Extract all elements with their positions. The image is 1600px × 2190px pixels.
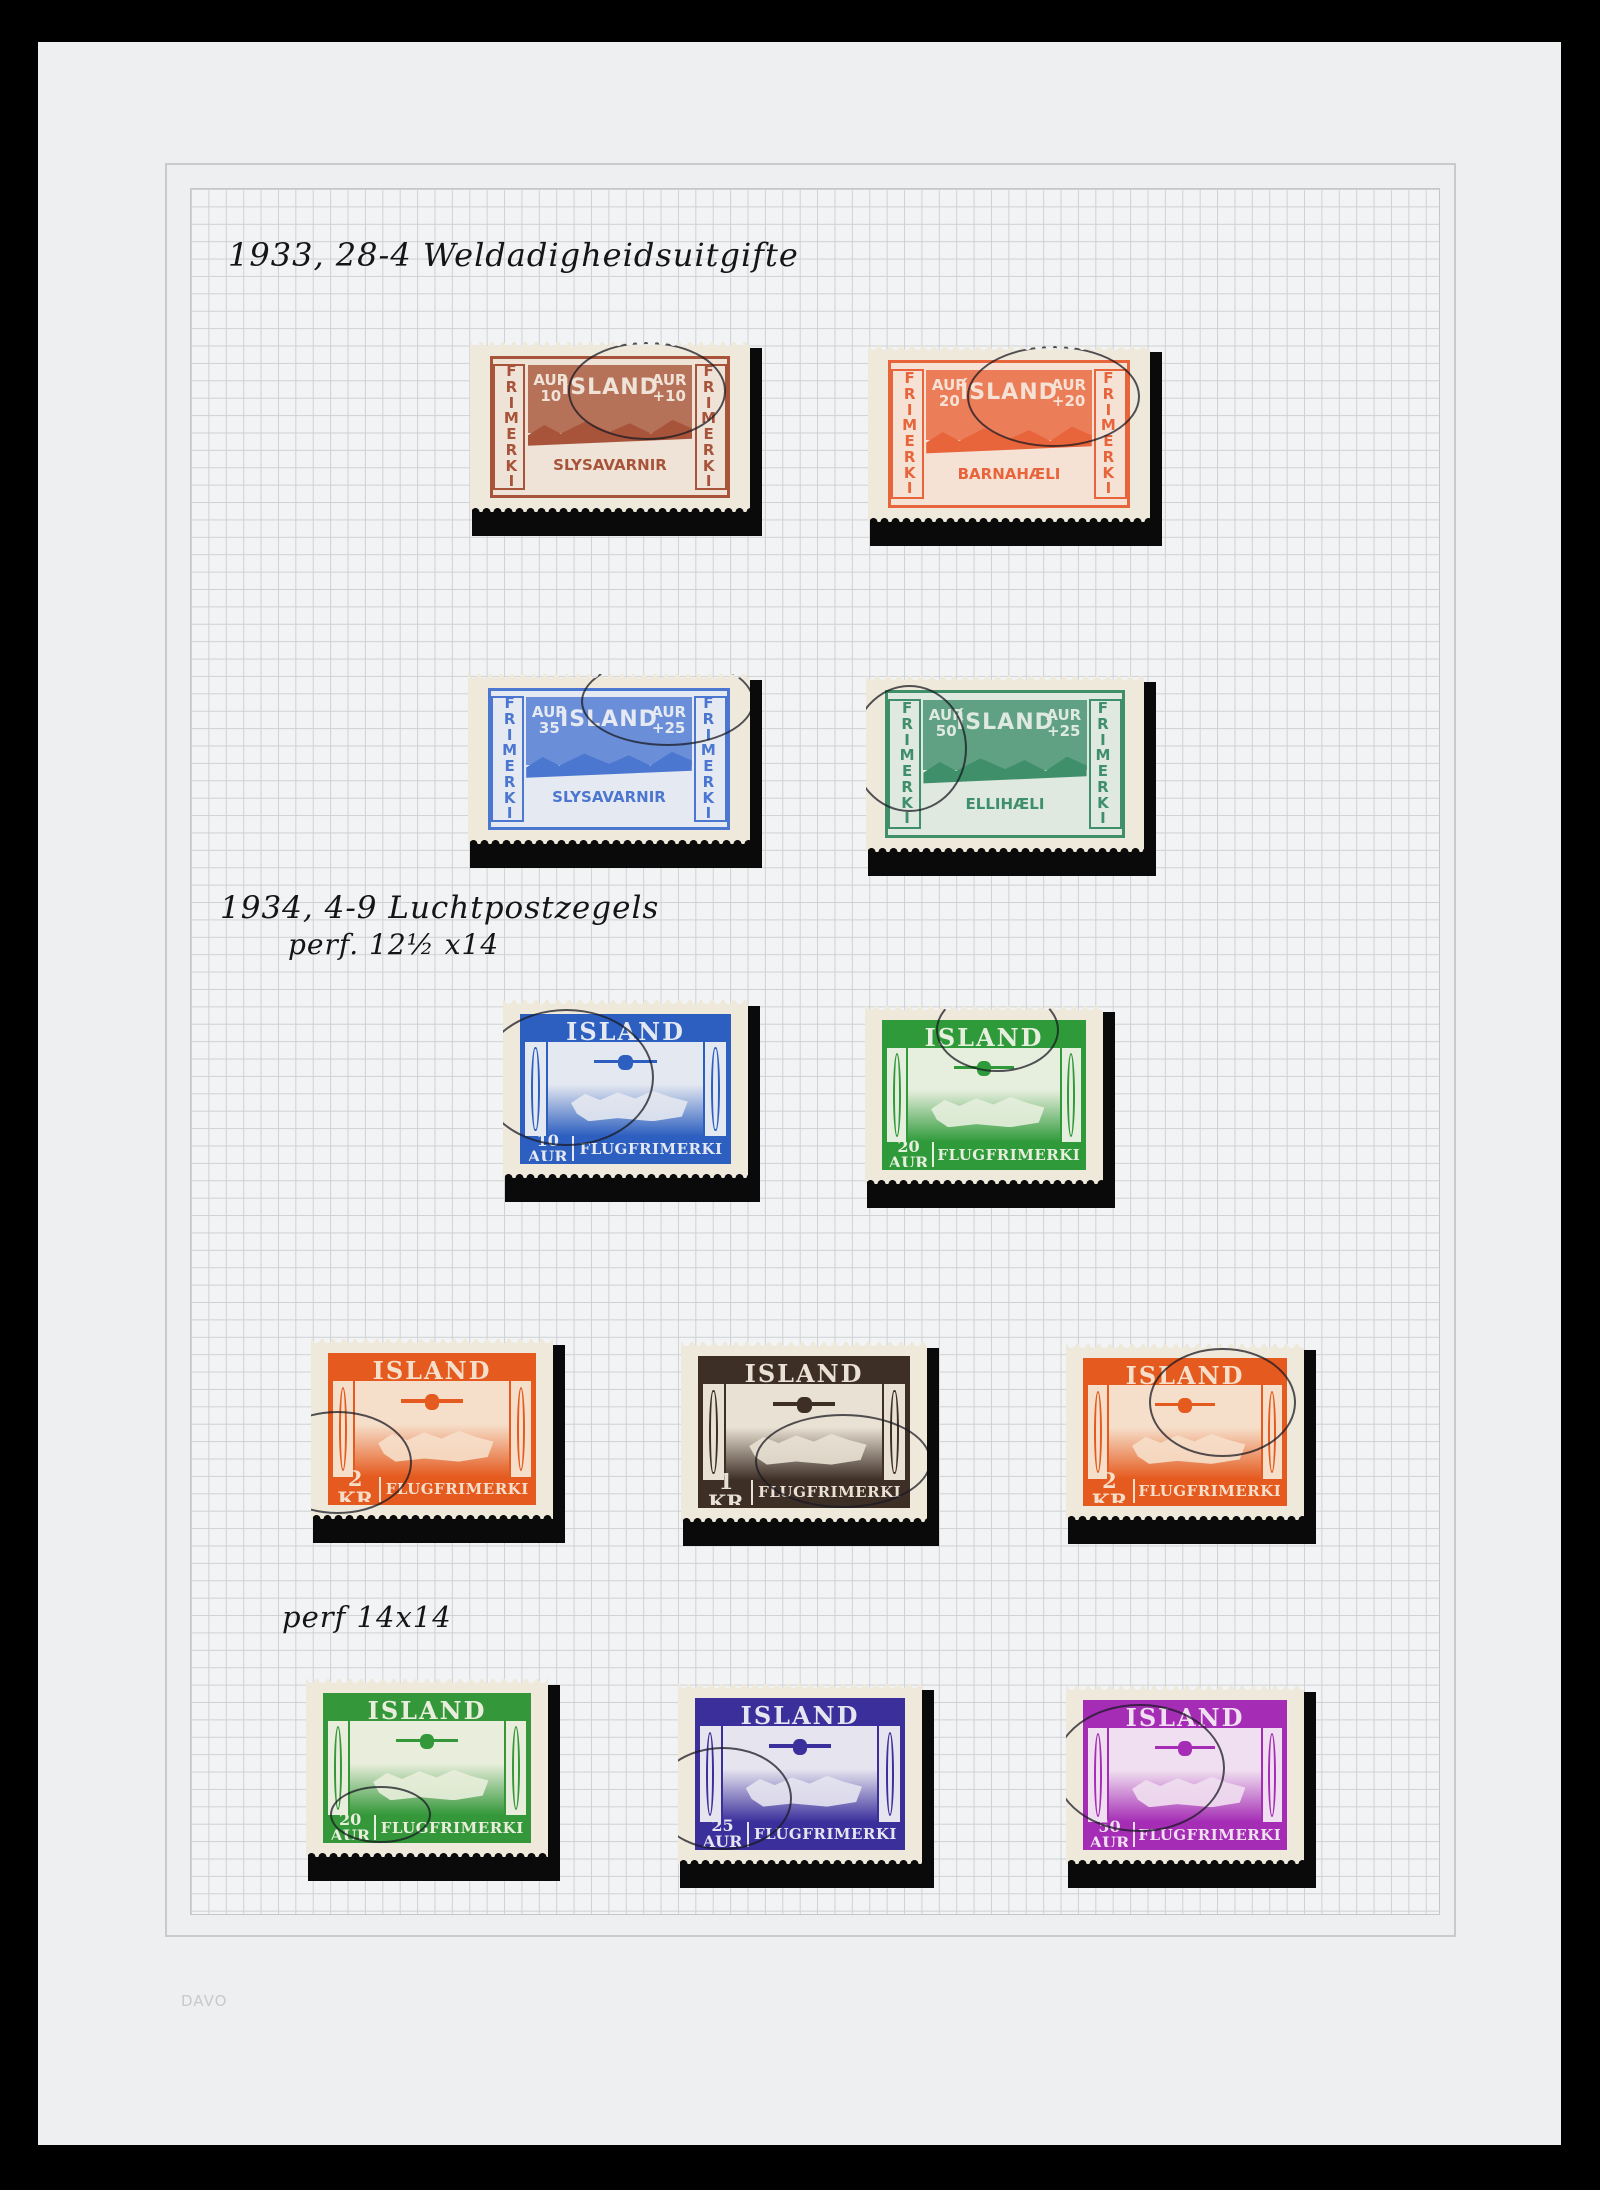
ornament-pillar [1261,1728,1285,1823]
side-text-left: FRIMERKI [895,377,923,491]
side-text-right: FRIMERKI [1094,377,1122,491]
stamp-surcharge: AUR +10 [651,373,687,405]
airplane-icon [773,1396,836,1413]
stamp-caption: BARNAHÆLI [926,465,1092,483]
ornament-pillar [1086,1385,1110,1479]
stamp-value: 2 KR [1086,1479,1136,1503]
stamp: FRIMERKI FRIMERKI ISLAND AUR 10 AUR +10 … [470,342,750,512]
airplane-icon [396,1732,457,1749]
stamp: ISLAND 10 AUR FLUGFRIMERKI [503,1000,748,1178]
stamp-surcharge: AUR +25 [650,705,686,737]
stamp: ISLAND 20 AUR FLUGFRIMERKI [306,1679,548,1857]
stamp-country: ISLAND [701,1359,907,1384]
stamp-surcharge: AUR +25 [1046,708,1082,740]
stamp-vignette: ISLAND AUR 10 AUR +10 SLYSAVARNIR [528,365,692,488]
stamp-value: 20 AUR [885,1142,935,1166]
section-heading-perf-14: perf 14x14 [282,1600,452,1634]
ornament-pillar [326,1721,350,1816]
side-text-left: FRIMERKI [497,372,525,481]
stamp-country: ISLAND [885,1023,1084,1047]
stamp-vignette: ISLAND AUR 35 AUR +25 SLYSAVARNIR [526,697,692,820]
ornament-pillar [1060,1048,1084,1143]
stamp-label: FLUGFRIMERKI [574,1140,728,1158]
stamp: ISLAND 20 AUR FLUGFRIMERKI [865,1006,1103,1184]
side-text-right: FRIMERKI [1089,707,1117,821]
quadrille-grid [190,188,1440,1915]
stamp-value: AUR 10 [533,373,569,405]
ornament-pillar [509,1381,533,1477]
stamp-label: FLUGFRIMERKI [1135,1482,1284,1500]
publisher-mark: DAVO [181,1992,227,2010]
stamp-vignette: ÍSLAND AUR 50 AUR +25 ELLIHÆLI [923,700,1086,828]
stamp-label: FLUGFRIMERKI [753,1483,907,1501]
stamp-value: AUR 35 [531,705,567,737]
side-text-right: FRIMERKI [695,372,723,481]
airplane-icon [769,1738,831,1755]
stamp-value: AUR 20 [931,378,967,410]
ornament-pillar [1086,1728,1110,1823]
stamp-surcharge: AUR +20 [1050,378,1086,410]
stamp-vignette [726,1384,882,1480]
stamp-value: 25 AUR [698,1822,749,1847]
stamp-label: FLUGFRIMERKI [376,1819,528,1837]
stamp-value: 10 AUR [523,1136,574,1160]
airplane-icon [1155,1396,1215,1413]
stamp-country: ISLAND [326,1696,528,1720]
stamp-country: ISLAND [698,1701,902,1726]
airplane-icon [594,1053,656,1070]
stamp-value: AUR 50 [928,708,964,740]
stamp: ISLAND 2 KR FLUGFRIMERKI [311,1339,553,1519]
side-text-left: FRIMERKI [495,704,523,813]
ornament-pillar [523,1042,548,1137]
section-heading-1933: 1933, 28-4 Weldadigheidsuitgifte [228,236,799,274]
side-text-left: FRIMERKI [893,707,921,821]
ornament-pillar [703,1042,728,1137]
section-heading-1934: 1934, 4-9 Luchtpostzegels [220,890,659,926]
stamp-caption: ELLIHÆLI [923,795,1086,813]
stamp-country: ISLAND [331,1356,533,1381]
stamp-vignette [908,1048,1059,1143]
stamp-value: 2 KR [331,1477,382,1502]
stamp-label: FLUGFRIMERKI [749,1825,902,1843]
stamp: FRIMERKI FRIMERKI ISLAND AUR 35 AUR +25 … [468,674,750,844]
stamp-vignette [1109,1728,1260,1823]
stamp-vignette [355,1381,509,1477]
ornament-pillar [701,1384,726,1480]
stamp: ISLAND 1 KR FLUGFRIMERKI [681,1342,927,1522]
stamp: ISLAND 50 AUR FLUGFRIMERKI [1066,1686,1304,1864]
stamp-value: 50 AUR [1086,1822,1136,1846]
stamp-country: ISLAND [1086,1361,1285,1385]
airplane-icon [954,1059,1014,1076]
airplane-icon [1155,1739,1215,1756]
airplane-icon [401,1393,462,1410]
ornament-pillar [877,1726,901,1822]
stamp-label: FLUGFRIMERKI [1135,1826,1284,1844]
stamp-country: ISLAND [1086,1703,1285,1727]
stamp-vignette [1109,1385,1260,1479]
ornament-pillar [885,1048,909,1143]
stamp: FRIMERKI FRIMERKI ÍSLAND AUR 50 AUR +25 … [866,676,1144,852]
ornament-pillar [504,1721,528,1816]
ornament-pillar [882,1384,907,1480]
ornament-pillar [1261,1385,1285,1479]
stamp: ISLAND 25 AUR FLUGFRIMERKI [678,1684,922,1864]
section-subheading-perf: perf. 12½ x14 [288,928,499,961]
stamp-vignette [548,1042,704,1137]
stamp-country: ISLAND [523,1017,728,1041]
stamp-vignette: ÍSLAND AUR 20 AUR +20 BARNAHÆLI [926,370,1092,498]
ornament-pillar [698,1726,722,1822]
stamp-vignette [723,1726,878,1822]
stamp-label: FLUGFRIMERKI [934,1146,1083,1164]
stamp-caption: SLYSAVARNIR [528,456,692,474]
stamp: FRIMERKI FRIMERKI ÍSLAND AUR 20 AUR +20 … [868,346,1150,522]
ornament-pillar [331,1381,355,1477]
stamp-label: FLUGFRIMERKI [381,1480,533,1498]
stamp-value: 1 KR [701,1480,752,1505]
stamp: ISLAND 2 KR FLUGFRIMERKI [1066,1344,1304,1520]
stamp-vignette [350,1721,504,1816]
stamp-caption: SLYSAVARNIR [526,788,692,806]
side-text-right: FRIMERKI [694,704,722,813]
stamp-value: 20 AUR [326,1815,377,1839]
